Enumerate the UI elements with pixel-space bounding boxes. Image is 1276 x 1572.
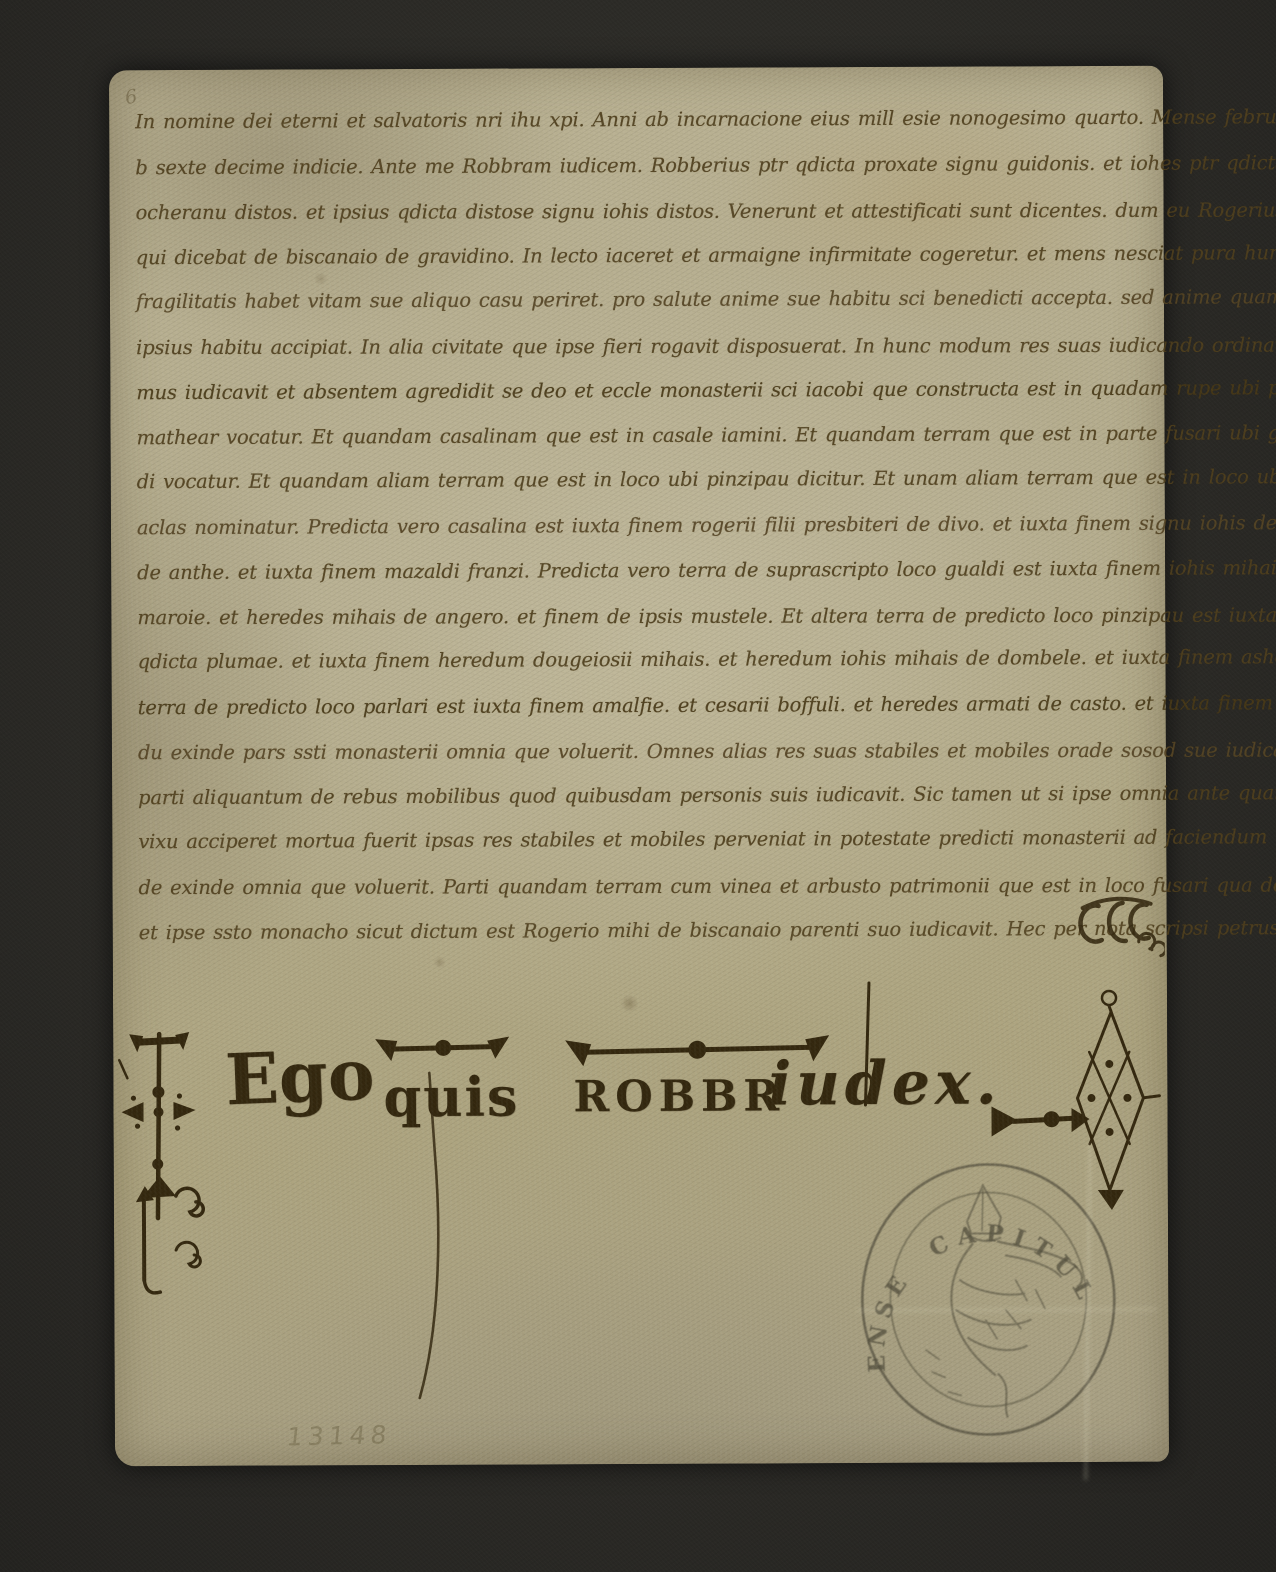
charter-line: mus iudicavit et absentem agredidit se d…	[136, 366, 1138, 415]
parchment-sheet: 6 In nomine dei eterni et salvatoris nri…	[109, 66, 1169, 1467]
charter-line: di vocatur. Et quandam aliam terram que …	[137, 455, 1139, 504]
charter-line: In nomine dei eterni et salvatoris nri i…	[135, 95, 1137, 144]
charter-line: aclas nominatur. Predicta vero casalina …	[137, 501, 1139, 550]
stamp-bishop-figure-icon	[925, 1185, 1083, 1418]
charter-line: ocheranu distos. et ipsius qdicta distos…	[136, 188, 1138, 235]
pencil-archive-number: 13148	[285, 1420, 393, 1451]
iudex-ascender-stroke	[865, 983, 870, 1105]
photo-background: 6 In nomine dei eterni et salvatoris nri…	[0, 0, 1276, 1572]
quis-descender-stroke	[418, 1073, 439, 1398]
charter-line: de exinde omnia que voluerit. Parti quan…	[138, 863, 1140, 910]
charter-line: ipsius habitu accipiat. In alia civitate…	[136, 323, 1138, 370]
charter-line: de anthe. et iuxta finem mazaldi franzi.…	[137, 546, 1139, 595]
charter-line: du exinde pars ssti monasterii omnia que…	[138, 728, 1140, 775]
charter-line: vixu acciperet mortua fuerit ipsas res s…	[138, 815, 1140, 864]
charter-line: b sexte decime indicie. Ante me Robbram …	[135, 141, 1137, 190]
charter-line: parti aliquantum de rebus mobilibus quod…	[138, 771, 1140, 820]
robbr-overbar-signum	[565, 1035, 829, 1066]
stamp-text-left: ENSE	[863, 1266, 917, 1373]
archive-stamp: ENSE CAPITUL	[855, 1159, 1122, 1442]
charter-line: terra de predicto loco parlari est iuxta…	[138, 681, 1140, 730]
charter-line: maroie. et heredes mihais de angero. et …	[137, 593, 1139, 640]
charter-line: qui dicebat de biscanaio de gravidino. I…	[136, 231, 1138, 280]
charter-line: qdicta plumae. et iuxta finem heredum do…	[137, 635, 1139, 684]
quis-overbar-signum	[375, 1037, 509, 1062]
svg-text:ENSE: ENSE	[863, 1266, 917, 1373]
charter-line: mathear vocatur. Et quandam casalinam qu…	[136, 411, 1138, 460]
arrow-signum-icon	[991, 1106, 1089, 1136]
charter-text-block: In nomine dei eterni et salvatoris nri i…	[135, 96, 1141, 955]
cross-signum-icon	[119, 1032, 203, 1293]
charter-line: fragilitatis habet vitam sue aliquo casu…	[136, 275, 1138, 324]
